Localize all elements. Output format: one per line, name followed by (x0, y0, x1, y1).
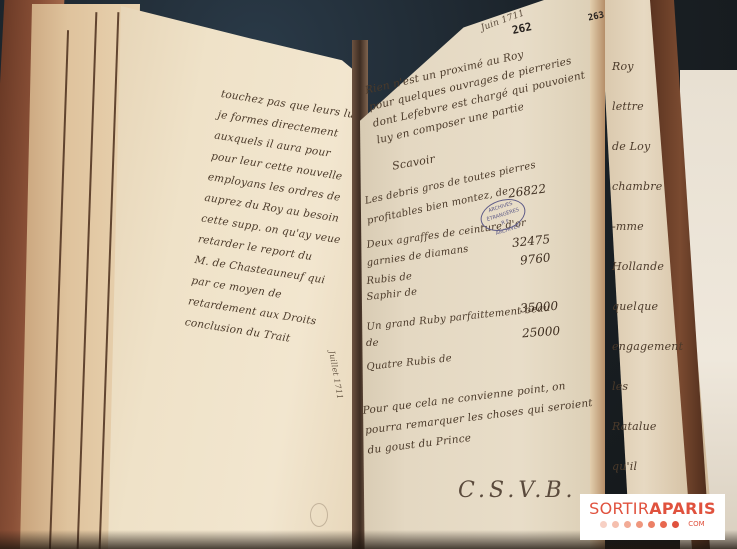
entry-amount: 35000 (520, 299, 559, 316)
handwritten-fragment: de Loy (612, 140, 683, 180)
watermark-suffix: COM (688, 520, 704, 528)
far-right-page-text: Roy lettre de Loy chambre -mme Hollande … (612, 60, 683, 500)
dot-icon (648, 521, 655, 528)
signature: C.S.V.B. (458, 478, 577, 503)
brand-bold: APARIS (649, 499, 716, 518)
brand-light: SORTIR (589, 499, 649, 518)
dot-icon (660, 521, 667, 528)
handwritten-fragment: Hollande (612, 260, 683, 300)
handwritten-fragment: chambre (612, 180, 683, 220)
handwritten-fragment: -mme (612, 220, 683, 260)
faint-stamp-mark (310, 503, 328, 527)
entry-label: de (366, 338, 379, 349)
handwritten-fragment: Ratalue (612, 420, 683, 460)
manuscript-photo: touchez pas que leurs luy je formes dire… (0, 0, 737, 549)
entry-amount: 25000 (522, 324, 561, 341)
handwritten-fragment: Roy (612, 60, 683, 100)
dot-icon (600, 521, 607, 528)
handwritten-fragment: engagement (612, 340, 683, 380)
watermark-dots: COM (580, 520, 725, 528)
sortiraparis-watermark: SORTIRAPARIS COM (580, 494, 725, 540)
dot-icon (636, 521, 643, 528)
handwritten-fragment: les (612, 380, 683, 420)
handwritten-fragment: quelque (612, 300, 683, 340)
watermark-brand: SORTIRAPARIS (580, 500, 725, 517)
dot-icon (672, 521, 679, 528)
dot-icon (612, 521, 619, 528)
dot-icon (624, 521, 631, 528)
handwritten-fragment: lettre (612, 100, 683, 140)
